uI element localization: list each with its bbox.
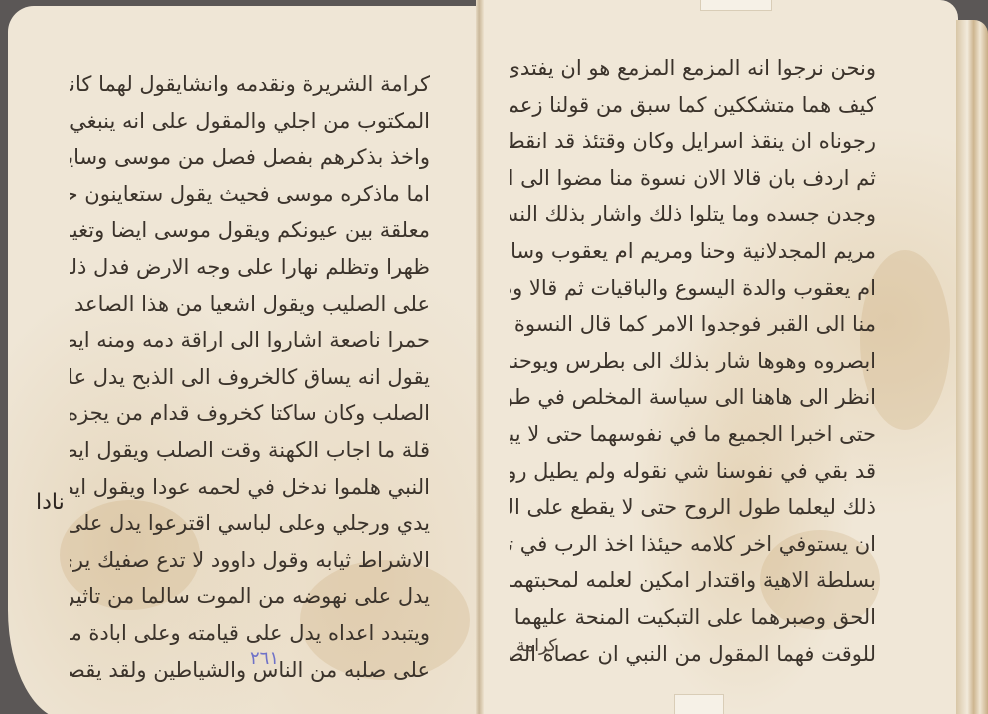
text-line: الصلب وكان ساكتا كخروف قدام من يجزه يدل … xyxy=(70,395,430,432)
text-line: ام يعقوب والدة اليسوع والباقيات ثم قالا … xyxy=(510,270,876,307)
text-line: الاشراط ثيابه وقول داوود لا تدع صفيك يرى… xyxy=(70,542,430,579)
text-line: كرامة الشريرة ونقدمه وانشايقول لهما كانت… xyxy=(70,66,430,103)
manuscript-spread: كرامة الشريرة ونقدمه وانشايقول لهما كانت… xyxy=(0,0,988,714)
paper-tab-top xyxy=(700,0,772,11)
catchword: كرامة xyxy=(516,636,556,656)
text-line: ظهرا وتظلم نهارا على وجه الارض فدل ذلك ع… xyxy=(70,249,430,286)
text-line: حتى اخبرا الجميع ما في نفوسهما حتى لا يب… xyxy=(510,416,876,453)
text-line: على الصليب ويقول اشعيا من هذا الصاعد من … xyxy=(70,286,430,323)
text-line: يدي ورجلي وعلى لباسي اقترعوا يدل على صلب… xyxy=(70,505,430,542)
text-line: يقول انه يساق كالخروف الى الذبح يدل على … xyxy=(70,359,430,396)
text-line: ثم اردف بان قالا الان نسوة منا مضوا الى … xyxy=(510,160,876,197)
text-line: انظر الى هاهنا الى سياسة المخلص في طول ر… xyxy=(510,379,876,416)
text-line: معلقة بين عيونكم ويقول موسى ايضا وتغيب ا… xyxy=(70,212,430,249)
folio-number: ٢٦١ xyxy=(250,648,279,669)
text-line: ويتبدد اعداه يدل على قيامته وعلى ابادة م… xyxy=(70,615,430,652)
text-line: للوقت فهما المقول من النبي ان عصاة الصدي… xyxy=(510,636,876,673)
text-line: الحق وصبرهما على التبكيت المنحة عليهما م… xyxy=(510,599,876,636)
right-page-text: ونحن نرجوا انه المزمع المزمع هو ان يفتدى… xyxy=(510,50,876,672)
text-line: ذلك ليعلما طول الروح حتى لا يقطع على الم… xyxy=(510,489,876,526)
book-gutter xyxy=(476,0,484,714)
text-line: رجوناه ان ينقذ اسرايل وكان وقتئذ قد انقط… xyxy=(510,123,876,160)
text-line: ونحن نرجوا انه المزمع المزمع هو ان يفتدى… xyxy=(510,50,876,87)
text-line: قلة ما اجاب الكهنة وقت الصلب ويقول ايضا … xyxy=(70,432,430,469)
text-line: بسلطة الاهية واقتدار امكين لعلمه لمحبتهم… xyxy=(510,562,876,599)
text-line: المكتوب من اجلي والمقول على انه ينبغي لا… xyxy=(70,103,430,140)
paper-tab-bottom xyxy=(674,694,724,714)
text-line: حمرا ناصعة اشاروا الى اراقة دمه ومنه ايض… xyxy=(70,322,430,359)
page-edges-right xyxy=(956,20,988,714)
text-line: وجدن جسده وما يتلوا ذلك واشار بذلك النسو… xyxy=(510,196,876,233)
text-line: ابصروه وهوها شار بذلك الى بطرس ويوحنا ول… xyxy=(510,343,876,380)
text-line: قد بقي في نفوسنا شي نقوله ولم يطيل روحه … xyxy=(510,453,876,490)
left-page-text: كرامة الشريرة ونقدمه وانشايقول لهما كانت… xyxy=(70,66,430,688)
text-line: مريم المجدلانية وحنا ومريم ام يعقوب وسال… xyxy=(510,233,876,270)
text-line: ان يستوفي اخر كلامه حيئذا اخذ الرب في تب… xyxy=(510,526,876,563)
text-line: واخذ بذكرهم بفصل فصل من موسى وساير الانب… xyxy=(70,139,430,176)
margin-note: نادا xyxy=(36,490,65,515)
text-line: يدل على نهوضه من الموت سالما من تاثيره و… xyxy=(70,578,430,615)
text-line: اما ماذكره موسى فحيث يقول ستعاينون حياتك… xyxy=(70,176,430,213)
text-line: النبي هلموا ندخل في لحمه عودا ويقول ايضا… xyxy=(70,469,430,506)
text-line: منا الى القبر فوجدوا الامر كما قال النسو… xyxy=(510,306,876,343)
text-line: كيف هما متشككين كما سبق من قولنا زعم انا… xyxy=(510,87,876,124)
